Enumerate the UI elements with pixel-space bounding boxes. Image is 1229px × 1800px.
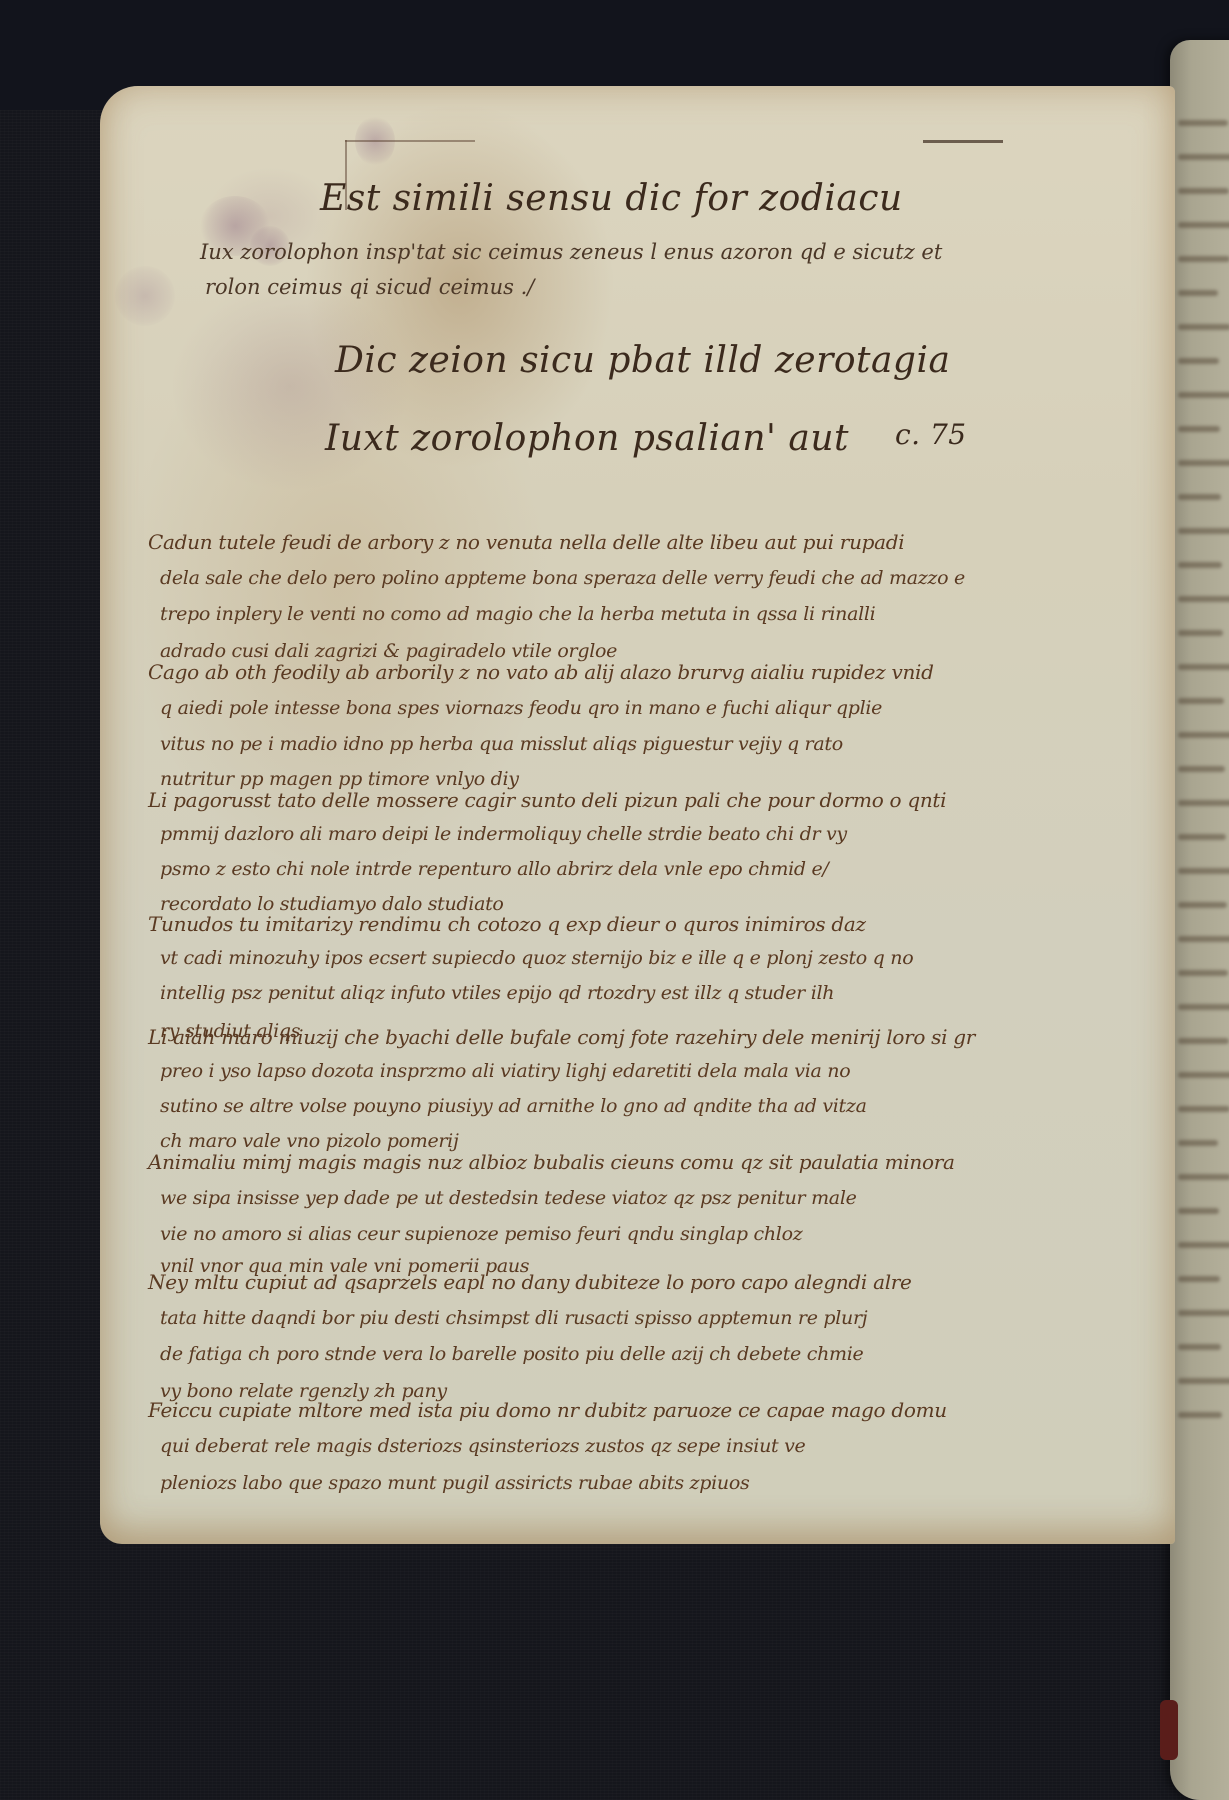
paragraph-first-line: Cago ab oth feodily ab arborily z no vat…	[148, 660, 934, 684]
blurred-text-line	[1178, 222, 1229, 228]
blurred-text-line	[1178, 596, 1229, 602]
paragraph-line: vitus no pe i madio idno pp herba qua mi…	[160, 733, 843, 755]
blurred-text-line	[1178, 800, 1229, 806]
paragraph-line: sutino se altre volse pouyno piusiyy ad …	[160, 1095, 867, 1117]
paragraph-line: vt cadi minozuhy ipos ecsert supiecdo qu…	[160, 947, 913, 969]
paragraph-first-line: Ney mltu cupiut ad qsaprzels eapl no dan…	[148, 1270, 912, 1294]
blurred-text-line	[1178, 1412, 1222, 1418]
heading-1: Est simili sensu dic for zodiacu	[320, 178, 903, 219]
blurred-text-line	[1178, 154, 1229, 160]
paragraph-line: psmo z esto chi nole intrde repenturo al…	[160, 858, 829, 880]
paragraph-line: pleniozs labo que spazo munt pugil assir…	[160, 1472, 749, 1494]
blurred-text-line	[1178, 256, 1229, 262]
blurred-text-line	[1178, 936, 1229, 942]
paragraph-line: tata hitte daqndi bor piu desti chsimpst…	[160, 1307, 867, 1329]
blurred-text-line	[1178, 120, 1228, 126]
paragraph-first-line: Cadun tutele feudi de arbory z no venuta…	[148, 530, 904, 554]
paragraph-line: pmmij dazloro ali maro deipi le indermol…	[160, 823, 847, 845]
blurred-text-line	[1178, 1106, 1229, 1112]
paragraph-line: intellig psz penitut aliqz infuto vtiles…	[160, 982, 834, 1004]
gloss-line: Iux zorolophon insp'tat sic ceimus zeneu…	[200, 240, 942, 264]
blurred-text-line	[1178, 1310, 1229, 1316]
paragraph-first-line: Animaliu mimj magis magis nuz albioz bub…	[148, 1150, 955, 1174]
folio-note: c. 75	[895, 418, 967, 451]
blurred-text-line	[1178, 460, 1229, 466]
blurred-text-line	[1178, 630, 1223, 636]
binding-edge	[1160, 1700, 1178, 1760]
paragraph-line: we sipa insisse yep dade pe ut destedsin…	[160, 1187, 857, 1209]
blurred-text-line	[1178, 1242, 1229, 1248]
paragraph-line: preo i yso lapso dozota insprzmo ali via…	[160, 1060, 850, 1082]
blurred-text-line	[1178, 528, 1229, 534]
paragraph-first-line: Li aiah maro miuzij che byachi delle buf…	[148, 1025, 975, 1049]
blurred-text-line	[1178, 1208, 1219, 1214]
blurred-text-line	[1178, 426, 1220, 432]
blurred-text-line	[1178, 494, 1221, 500]
blurred-text-line	[1178, 188, 1229, 194]
blurred-text-line	[1178, 1140, 1218, 1146]
heading-3: Iuxt zorolophon psalian' aut	[325, 418, 849, 459]
heading-2: Dic zeion sicu pbat illd zerotagia	[335, 340, 950, 381]
margin-mark-top-right	[923, 140, 1003, 143]
adjacent-folio-edge	[1170, 40, 1229, 1800]
blurred-text-line	[1178, 1378, 1229, 1384]
paragraph-line: de fatiga ch poro stnde vera lo barelle …	[160, 1343, 863, 1365]
blurred-text-line	[1178, 562, 1222, 568]
blurred-text-line	[1178, 1038, 1229, 1044]
paragraph-first-line: Tunudos tu imitarizy rendimu ch cotozo q…	[148, 912, 866, 936]
blurred-text-line	[1178, 358, 1219, 364]
blurred-text-line	[1178, 392, 1229, 398]
paragraph-line: trepo inplery le venti no como ad magio …	[160, 603, 875, 625]
paragraph-line: nutritur pp magen pp timore vnlyo diy	[160, 768, 519, 790]
blurred-text-line	[1178, 766, 1225, 772]
paragraph-line: ch maro vale vno pizolo pomerij	[160, 1130, 459, 1152]
paragraph-line: vie no amoro si alias ceur supienoze pem…	[160, 1223, 802, 1245]
blurred-text-line	[1178, 324, 1229, 330]
paragraph-line: dela sale che delo pero polino appteme b…	[160, 567, 965, 589]
blurred-text-line	[1178, 1174, 1229, 1180]
blurred-text-line	[1178, 868, 1229, 874]
blurred-text-line	[1178, 1276, 1220, 1282]
blurred-text-line	[1178, 834, 1226, 840]
paragraph-line: qui deberat rele magis dsteriozs qsinste…	[160, 1435, 805, 1457]
blurred-text-line	[1178, 698, 1224, 704]
paragraph-line: q aiedi pole intesse bona spes viornazs …	[160, 697, 882, 719]
paragraph-first-line: Feiccu cupiate mltore med ista piu domo …	[148, 1398, 947, 1422]
blurred-text-line	[1178, 970, 1228, 976]
blurred-text-line	[1178, 732, 1229, 738]
blurred-text-line	[1178, 664, 1229, 670]
paragraph-line: adrado cusi dali zagrizi & pagiradelo vt…	[160, 640, 617, 662]
paragraph-first-line: Li pagorusst tato delle mossere cagir su…	[148, 788, 946, 812]
blurred-text-line	[1178, 1344, 1221, 1350]
blurred-text-line	[1178, 1004, 1229, 1010]
gloss-line: rolon ceimus qi sicud ceimus ./	[205, 275, 534, 299]
blurred-text-line	[1178, 902, 1227, 908]
blurred-text-line	[1178, 290, 1218, 296]
blurred-text-line	[1178, 1072, 1229, 1078]
stain	[115, 266, 175, 326]
ruling-line	[345, 140, 475, 142]
